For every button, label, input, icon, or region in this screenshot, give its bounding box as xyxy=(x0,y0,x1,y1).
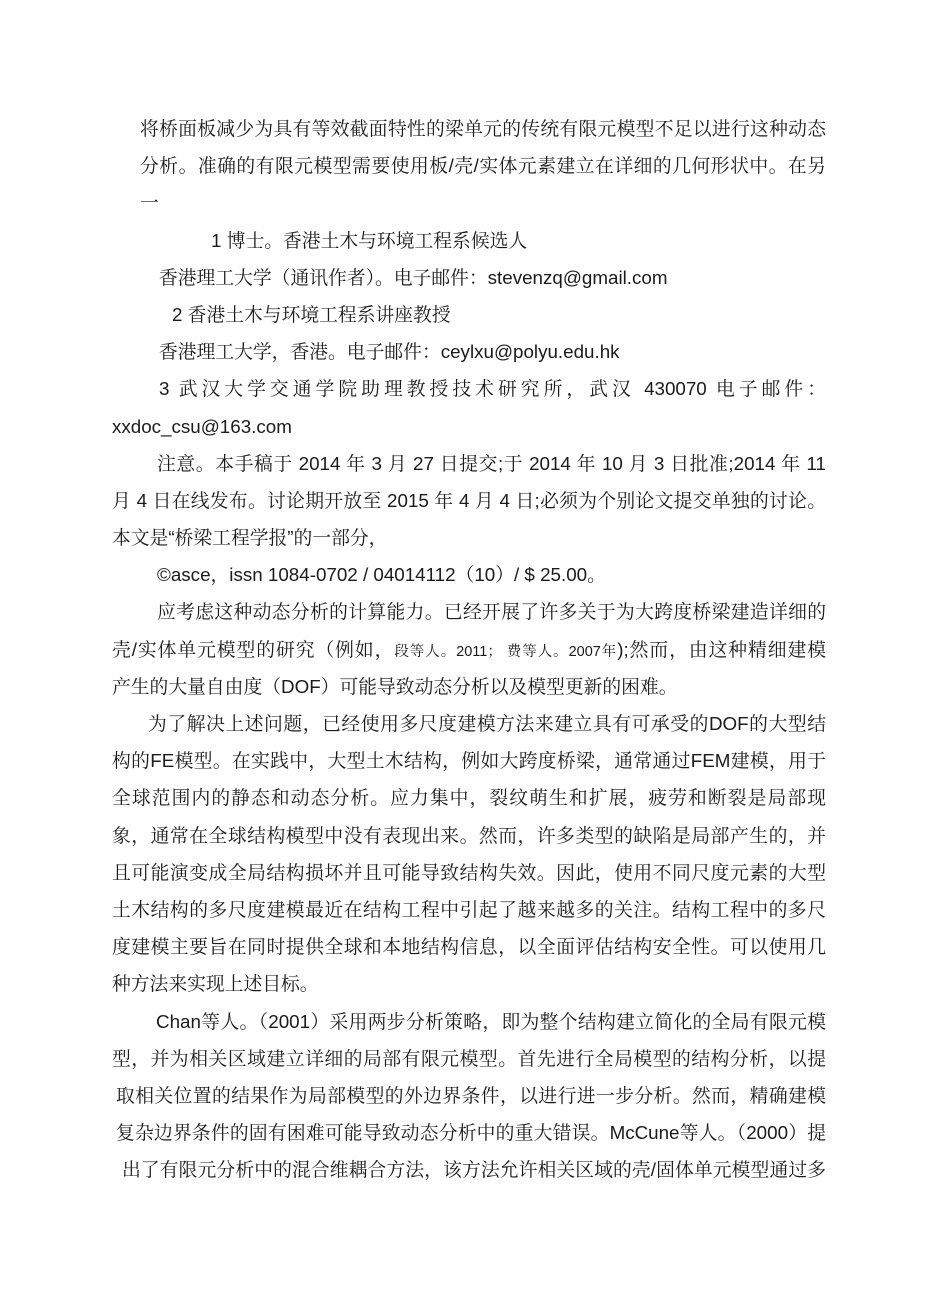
doc-line-25: Chan等人。（2001）采用两步分析策略，即为整个结构建立简化的全局有限元模 xyxy=(112,1003,826,1040)
doc-line-8-author-footnote-3: 3 武汉大学交通学院助理教授技术研究所，武汉 430070 电子邮件： xyxy=(112,370,826,407)
doc-line-19: 全球范围内的静态和动态分析。应力集中，裂纹萌生和扩展，疲劳和断裂是局部现 xyxy=(112,779,826,816)
doc-line-11-manuscript-note: 月 4 日在线发布。讨论期开放至 2015 年 4 月 4 日;必须为个别论文提… xyxy=(112,482,826,519)
doc-line-6-author-footnote-2: 2 香港土木与环境工程系讲座教授 xyxy=(112,296,826,333)
doc-line-12-journal-note: 本文是“桥梁工程学报”的一部分， xyxy=(112,519,826,556)
doc-line-5-author-email-1: 香港理工大学（通讯作者）。电子邮件：stevenzq@gmail.com xyxy=(112,259,826,296)
doc-line-14: 应考虑这种动态分析的计算能力。已经开展了许多关于为大跨度桥梁建造详细的 xyxy=(112,593,826,630)
doc-line-17: 为了解决上述问题，已经使用多尺度建模方法来建立具有可承受的DOF的大型结 xyxy=(112,705,826,742)
doc-line-21: 且可能演变成全局结构损坏并且可能导致结构失效。因此，使用不同尺度元素的大型 xyxy=(112,854,826,891)
doc-line-26: 型，并为相关区域建立详细的局部有限元模型。首先进行全局模型的结构分析，以提 xyxy=(112,1040,826,1077)
doc-line-2: 分析。准确的有限元模型需要使用板/壳/实体元素建立在详细的几何形状中。在另 xyxy=(112,147,826,184)
citation-small-text: 段等人。2011； 费等人。2007年 xyxy=(394,644,617,660)
doc-line-15: 壳/实体单元模型的研究（例如，段等人。2011； 费等人。2007年);然而，由… xyxy=(112,631,826,668)
doc-line-10-manuscript-note: 注意。本手稿于 2014 年 3 月 27 日提交;于 2014 年 10 月 … xyxy=(112,445,826,482)
doc-line-1: 将桥面板减少为具有等效截面特性的梁单元的传统有限元模型不足以进行这种动态 xyxy=(112,110,826,147)
doc-line-16: 产生的大量自由度（DOF）可能导致动态分析以及模型更新的困难。 xyxy=(112,668,826,705)
doc-line-3: 一 xyxy=(112,184,826,221)
doc-line-23: 度建模主要旨在同时提供全球和本地结构信息，以全面评估结构安全性。可以使用几 xyxy=(112,928,826,965)
doc-line-24: 种方法来实现上述目标。 xyxy=(112,965,826,1002)
doc-line-29: 出了有限元分析中的混合维耦合方法，该方法允许相关区域的壳/固体单元模型通过多 xyxy=(112,1151,826,1188)
doc-line-22: 土木结构的多尺度建模最近在结构工程中引起了越来越多的关注。结构工程中的多尺 xyxy=(112,891,826,928)
doc-line-9-author-email-3: xxdoc_csu@163.com xyxy=(112,408,826,445)
doc-line-7-author-email-2: 香港理工大学，香港。电子邮件：ceylxu@polyu.edu.hk xyxy=(112,333,826,370)
doc-line-28: 复杂边界条件的固有困难可能导致动态分析中的重大错误。McCune等人。（2000… xyxy=(112,1114,826,1151)
document-page: { "page": { "background": "#fefefe", "te… xyxy=(0,0,926,1309)
document-text-block: 将桥面板减少为具有等效截面特性的梁单元的传统有限元模型不足以进行这种动态 分析。… xyxy=(112,110,826,1188)
doc-line-20: 象，通常在全球结构模型中没有表现出来。然而，许多类型的缺陷是局部产生的，并 xyxy=(112,817,826,854)
doc-line-18: 构的FE模型。在实践中，大型土木结构，例如大跨度桥梁，通常通过FEM建模，用于 xyxy=(112,742,826,779)
doc-line-15-suffix: );然而，由这种精细建模 xyxy=(617,639,826,660)
doc-line-15-prefix: 壳/实体单元模型的研究（例如， xyxy=(112,639,394,660)
doc-line-27: 取相关位置的结果作为局部模型的外边界条件，以进行进一步分析。然而，精确建模 xyxy=(112,1077,826,1114)
doc-line-4-author-footnote-1: 1 博士。香港土木与环境工程系候选人 xyxy=(112,222,826,259)
doc-line-13-copyright-issn: ©asce，issn 1084-0702 / 04014112（10）/ $ 2… xyxy=(112,556,826,593)
